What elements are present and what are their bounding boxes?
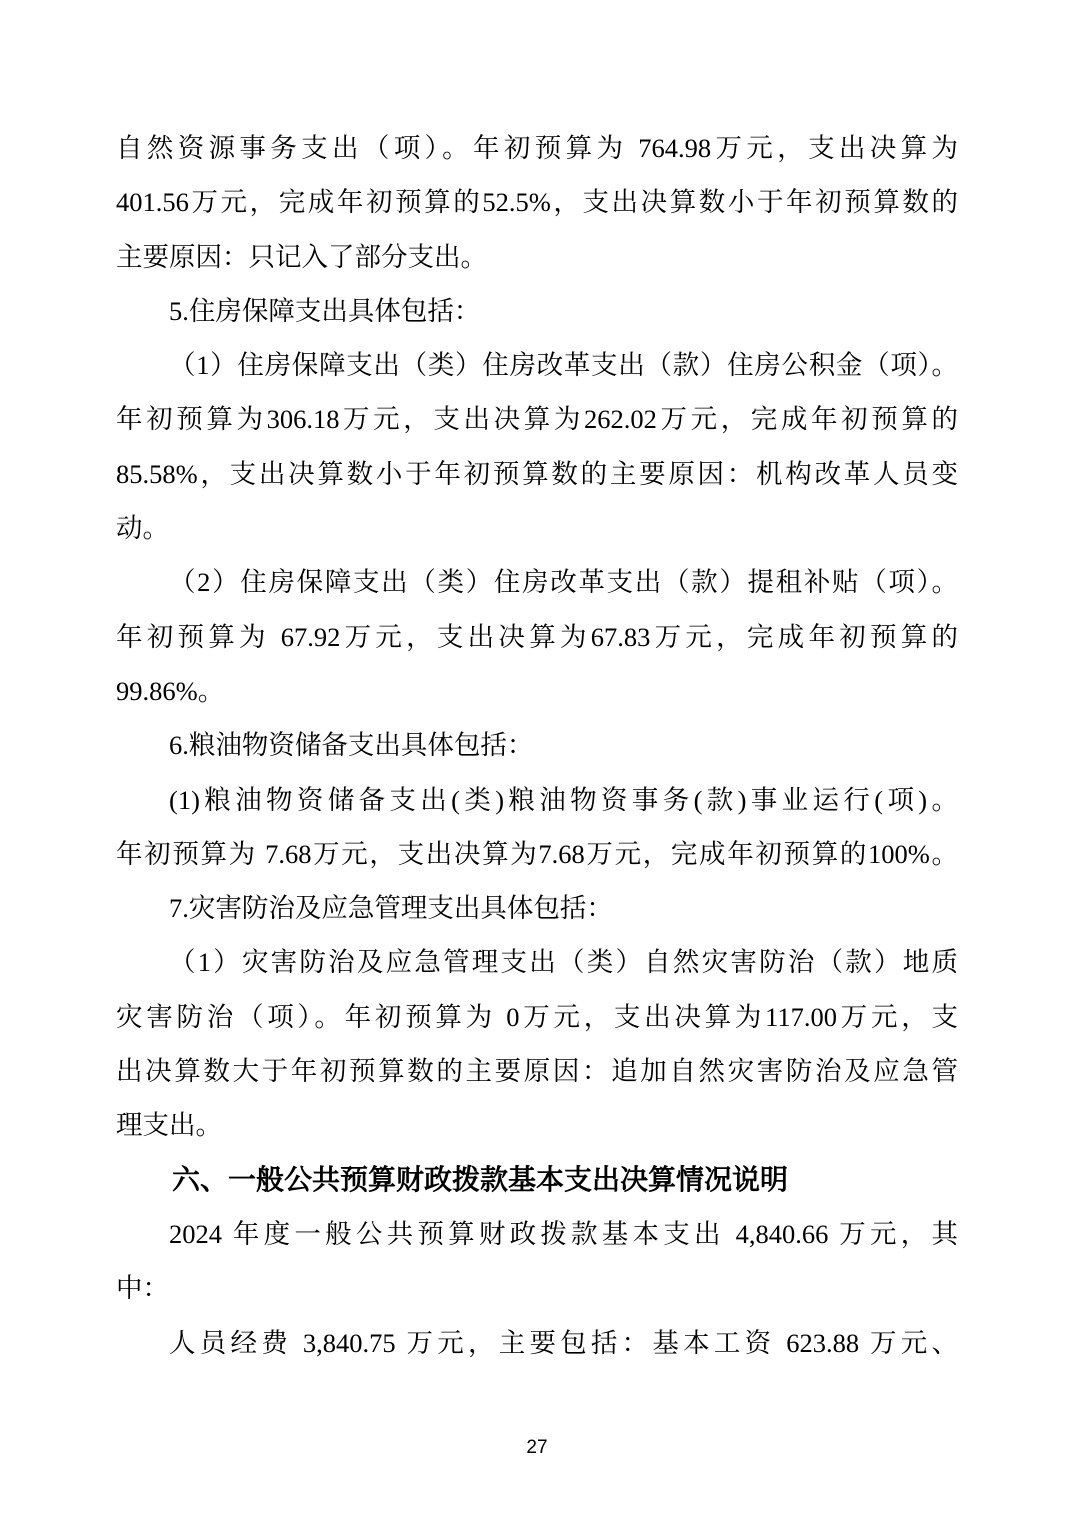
list-item-line: （1）住房保障支出（类）住房改革支出（款）住房公积金（项）。 [116,338,958,392]
body-line: 中： [116,1261,958,1315]
list-item-line: （1）灾害防治及应急管理支出（类）自然灾害防治（款）地质 [116,935,958,989]
body-line: 灾害防治（项）。年初预算为 0万元，支出决算为117.00万元，支 [116,990,958,1044]
document-page: 自然资源事务支出（项）。年初预算为 764.98万元，支出决算为 401.56万… [0,0,1074,1520]
body-line: 理支出。 [116,1098,958,1152]
body-line: 人员经费 3,840.75 万元，主要包括：基本工资 623.88 万元、 [116,1316,958,1370]
list-item-line: 6.粮油物资储备支出具体包括： [116,718,958,772]
body-line: 年初预算为 7.68万元，支出决算为7.68万元，完成年初预算的100%。 [116,827,958,881]
body-line: 年初预算为 67.92万元，支出决算为67.83万元，完成年初预算的 [116,610,958,664]
page-number: 27 [0,1437,1074,1459]
body-line: 动。 [116,501,958,555]
body-line: 年初预算为306.18万元，支出决算为262.02万元，完成年初预算的 [116,392,958,446]
body-line: 主要原因：只记入了部分支出。 [116,230,958,284]
body-line: 99.86%。 [116,664,958,718]
list-item-line: （2）住房保障支出（类）住房改革支出（款）提租补贴（项）。 [116,555,958,609]
body-line: 85.58%，支出决算数小于年初预算数的主要原因：机构改革人员变 [116,447,958,501]
body-line: 自然资源事务支出（项）。年初预算为 764.98万元，支出决算为 [116,121,958,175]
list-item-line: (1)粮油物资储备支出(类)粮油物资事务(款)事业运行(项)。 [116,773,958,827]
section-heading: 六、一般公共预算财政拨款基本支出决算情况说明 [116,1153,958,1207]
body-line: 出决算数大于年初预算数的主要原因：追加自然灾害防治及应急管 [116,1044,958,1098]
document-body: 自然资源事务支出（项）。年初预算为 764.98万元，支出决算为 401.56万… [116,121,958,1370]
body-line: 2024 年度一般公共预算财政拨款基本支出 4,840.66 万元，其 [116,1207,958,1261]
list-item-line: 7.灾害防治及应急管理支出具体包括： [116,881,958,935]
list-item-line: 5.住房保障支出具体包括： [116,284,958,338]
body-line: 401.56万元，完成年初预算的52.5%，支出决算数小于年初预算数的 [116,175,958,229]
